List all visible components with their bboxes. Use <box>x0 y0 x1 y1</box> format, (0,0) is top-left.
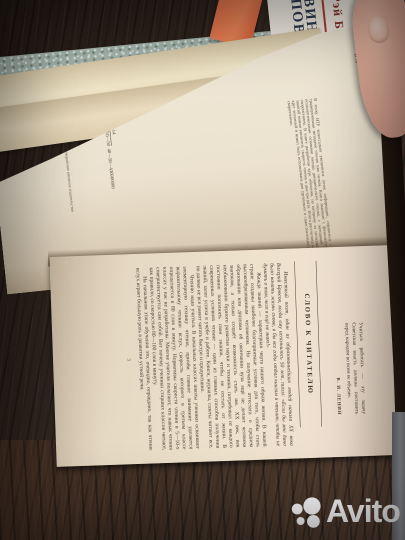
photo-of-open-book: Рэй Бр ВИН ПОВ 608 с 370.1 В 75 В эпоху … <box>0 0 405 540</box>
photo-vignette <box>0 0 405 540</box>
